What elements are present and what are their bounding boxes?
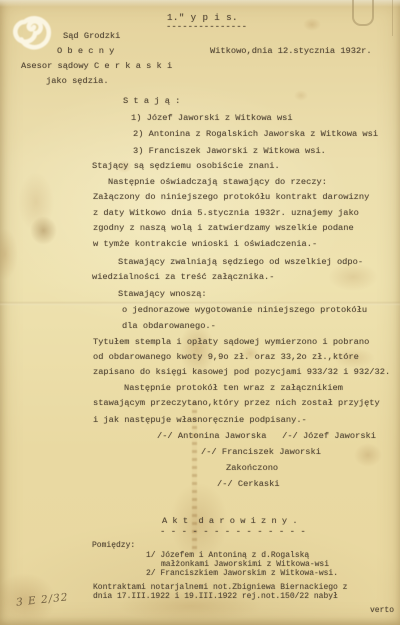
- document-line: od obdarowanego kwoty 9,9o zł. oraz 33,2…: [93, 352, 359, 362]
- document-line: Następnie protokół ten wraz z załączniki…: [124, 383, 343, 393]
- stain: [354, 443, 382, 467]
- document-line: O b e c n y: [57, 46, 114, 56]
- document-line: Stający są sędziemu osobiście znani.: [92, 161, 280, 171]
- document-line: A k t d a r o w i z n y .: [162, 516, 298, 526]
- document-line: wiedzialności za treść załącznika.-: [92, 272, 274, 282]
- document-line: o jednorazowe wygotowanie niniejszego pr…: [122, 305, 367, 315]
- stain: [18, 172, 54, 232]
- document-line: 3) Franciszek Jaworski z Witkowa wsi.: [133, 146, 326, 156]
- fold-mark-top-right: [392, 0, 393, 36]
- document-line: Pomiędzy:: [92, 541, 135, 550]
- document-line: /-/ Antonina Jaworska /-/ Józef Jaworski: [157, 431, 376, 441]
- document-line: - - - - - - - - - - - - - -: [160, 527, 306, 537]
- document-line: małżonkami Jaworskimi z Witkowa-wsi: [161, 560, 329, 569]
- stain: [303, 18, 321, 31]
- paperclip-imprint: [352, 0, 374, 26]
- document-line: /-/ Franciszek Jaworski: [201, 447, 321, 457]
- document-line: Zakończono: [226, 463, 278, 473]
- document-line: Tytułem stempla i opłaty sądowej wymierz…: [93, 337, 369, 347]
- verto-note: verto: [370, 606, 394, 615]
- handwritten-reference: 3 E 2/32: [16, 591, 70, 608]
- document-line: jako sędzia.: [46, 76, 109, 86]
- document-line: Asesor sądowy C e r k a s k i: [21, 61, 172, 71]
- document-line: Stawający wnoszą:: [118, 289, 207, 299]
- document-line: Załączony do niniejszego protokółu kontr…: [93, 192, 369, 202]
- document-line: Sąd Grodzki: [63, 31, 120, 41]
- document-line: zgodny z naszą wolą i zatwierdzamy wszel…: [93, 223, 354, 233]
- document-line: Następnie oświadczają stawający do rzecz…: [108, 177, 327, 187]
- document-line: i jak następuje własnoręcznie podpisany.…: [93, 415, 307, 425]
- stain: [328, 263, 378, 291]
- document-line: z daty Witkowo dnia 5.stycznia 1932r. uz…: [93, 208, 359, 218]
- document-line: dla obdarowanego.-: [122, 321, 216, 331]
- document-line: 1) Józef Jaworski z Witkowa wsi: [131, 113, 293, 123]
- document-line: Stawający zwalniają sędziego od wszelkie…: [118, 257, 363, 267]
- document-line: Kontraktami notarjalnemi not.Zbigniewa B…: [93, 583, 347, 592]
- page-top-edge: [0, 0, 400, 7]
- document-line: 2) Antonina z Rogalskich Jaworska z Witk…: [133, 129, 378, 139]
- document-line: w tymże kontrakcie wnioski i oświadczeni…: [93, 239, 317, 249]
- document-line: ---------------: [166, 22, 247, 32]
- document-line: dnia 17.III.1922 i 19.III.1922 rej.not.1…: [93, 592, 338, 601]
- document-line: Witkowo,dnia 12.stycznia 1932r.: [210, 46, 372, 56]
- document-line: S t a j ą :: [123, 96, 180, 106]
- document-line: stawającym przeczytano,który przez nich …: [93, 398, 380, 408]
- document-line: 1/ Józefem i Antoniną z d.Rogalską: [146, 551, 309, 560]
- spiral-watermark-icon: [6, 2, 58, 59]
- document-line: zapisano do księgi kasowej pod pozycjami…: [93, 367, 390, 377]
- document-line: /-/ Cerkaski: [217, 479, 280, 489]
- stain: [30, 216, 57, 245]
- document-line: 2/ Franciszkiem Jaworskim z Witkowa-wsi.: [146, 569, 338, 578]
- document-page: 1." y p i s.---------------Sąd GrodzkiO …: [0, 0, 400, 625]
- stain: [294, 90, 308, 101]
- stain: [0, 228, 18, 280]
